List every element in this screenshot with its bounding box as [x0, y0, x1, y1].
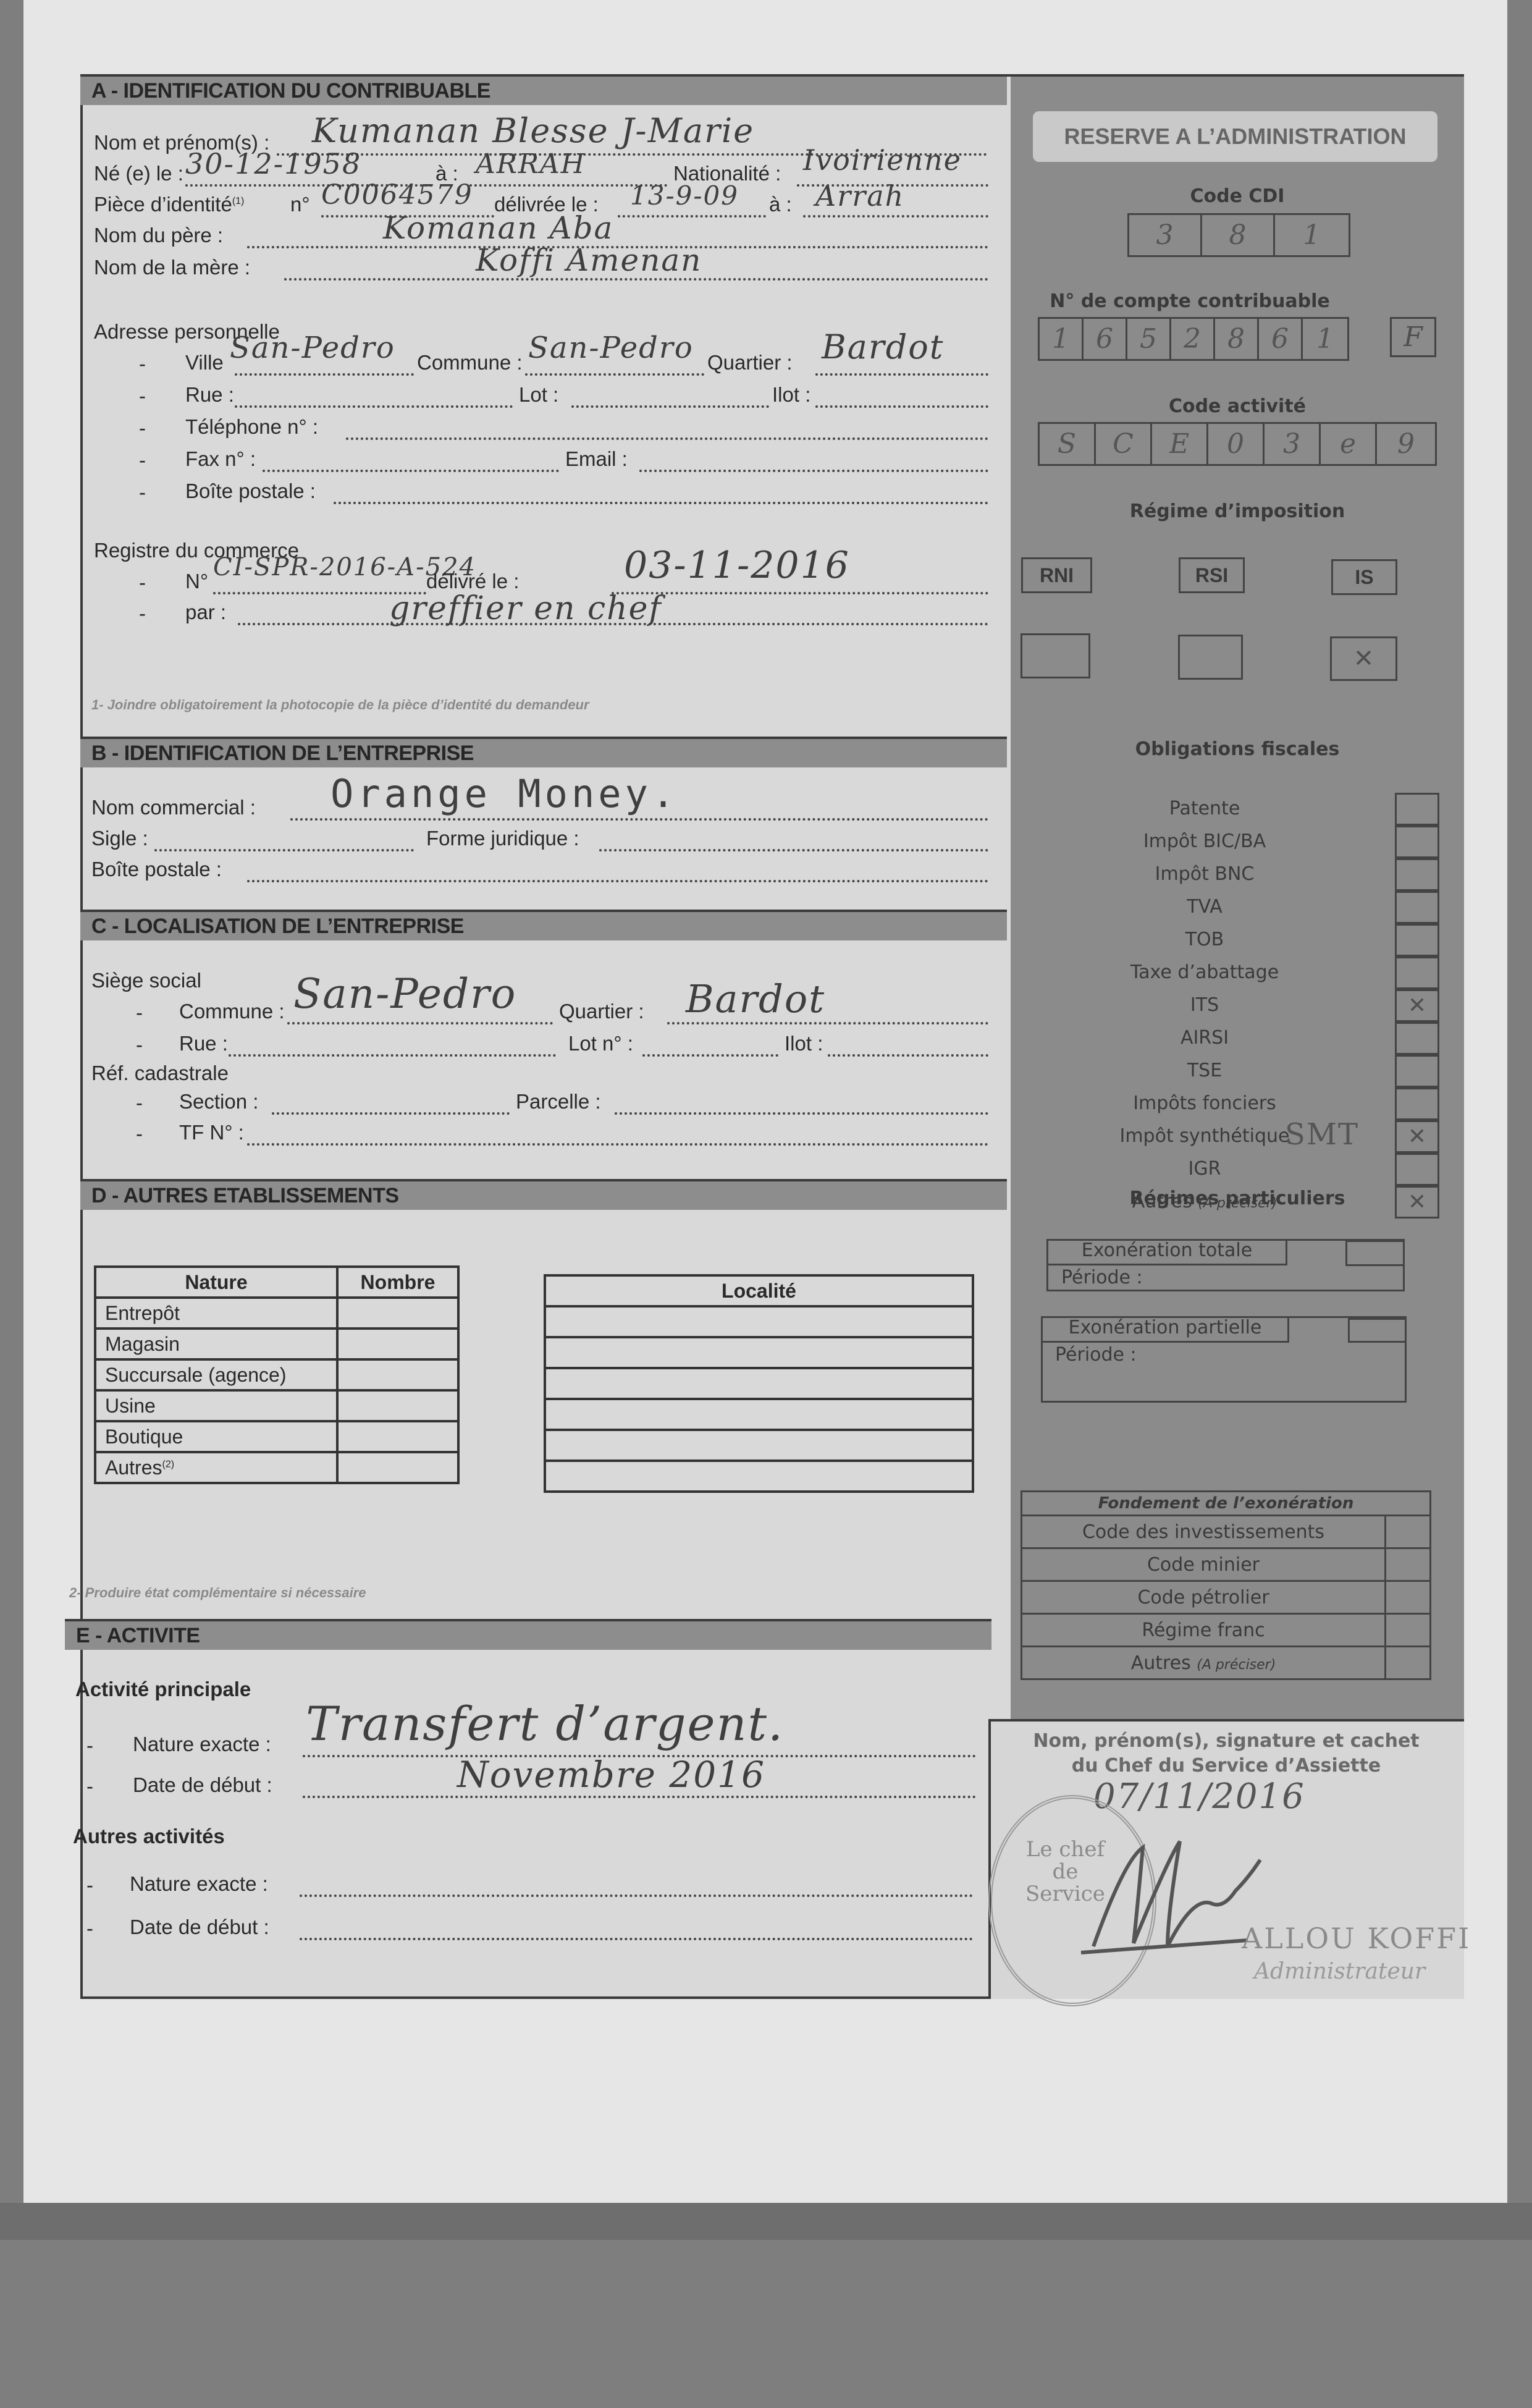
- char-box: 0: [1208, 424, 1265, 464]
- autres-footnote-ref: (2): [162, 1459, 174, 1469]
- fax-field[interactable]: [263, 470, 559, 472]
- entreprise-bp-label: Boîte postale :: [91, 858, 222, 881]
- date-debut-label: Date de début :: [133, 1773, 272, 1797]
- rc-no-label: N°: [185, 570, 208, 593]
- obligation-checkbox[interactable]: [1395, 957, 1439, 989]
- obligations-label: Obligations fiscales: [1011, 738, 1464, 760]
- nature-text: Autres: [105, 1456, 162, 1479]
- fondement-checkbox[interactable]: [1386, 1647, 1431, 1679]
- sigle-label: Sigle :: [91, 827, 148, 850]
- exo-totale-periode-label: Période :: [1061, 1267, 1143, 1288]
- autres-nature-label: Nature exacte :: [130, 1872, 268, 1896]
- nombre-cell[interactable]: [337, 1359, 458, 1390]
- section-e-header: E - ACTIVITE: [65, 1619, 991, 1650]
- obligation-label: Impôt BNC: [1013, 863, 1396, 885]
- delivree-a-field[interactable]: Arrah: [815, 179, 904, 213]
- code-cdi-field[interactable]: 3 8 1: [1127, 213, 1350, 257]
- nombre-cell[interactable]: [337, 1298, 458, 1329]
- table-row: Autres(2): [95, 1452, 458, 1483]
- signature-label-2: du Chef du Service d’Assiette: [988, 1755, 1464, 1776]
- commune-label: Commune :: [417, 351, 523, 374]
- fondement-item: Code des investissements: [1022, 1516, 1386, 1548]
- obligation-label: TOB: [1013, 929, 1396, 950]
- section-a-header: A - IDENTIFICATION DU CONTRIBUABLE: [80, 74, 1007, 105]
- obligation-checkbox[interactable]: [1395, 858, 1439, 891]
- signature-date: 07/11/2016: [1093, 1776, 1305, 1817]
- lot-field[interactable]: [571, 405, 769, 408]
- mere-field[interactable]: Koffi Amenan: [476, 242, 702, 278]
- obligation-label: IGR: [1013, 1158, 1396, 1180]
- table-row: Code des investissements: [1022, 1516, 1431, 1548]
- mere-label: Nom de la mère :: [94, 256, 250, 279]
- delivree-a-line: [803, 215, 988, 218]
- email-field[interactable]: [639, 470, 988, 472]
- rc-delivre-line: [612, 592, 988, 594]
- regime-rsi-checkbox[interactable]: [1178, 635, 1243, 680]
- signer-title: Administrateur: [1254, 1959, 1425, 1984]
- bullet: -: [136, 1091, 143, 1115]
- bullet: -: [139, 481, 146, 504]
- table-row: [545, 1461, 973, 1492]
- obligation-label: Impôts fonciers: [1013, 1092, 1396, 1114]
- delivree-line: [618, 215, 766, 218]
- char-box: C: [1096, 424, 1152, 464]
- localite-cell[interactable]: [545, 1306, 973, 1337]
- obligation-label: AIRSI: [1013, 1027, 1396, 1049]
- obligation-label: ITS: [1013, 994, 1396, 1016]
- nature-cell: Autres(2): [95, 1452, 337, 1483]
- fondement-header-row: Fondement de l’exonération: [1022, 1492, 1431, 1516]
- obligation-checkbox[interactable]: [1395, 1055, 1439, 1088]
- nature-cell: Boutique: [95, 1421, 337, 1452]
- nombre-header: Nombre: [337, 1267, 458, 1298]
- siege-ilot-label: Ilot :: [785, 1032, 823, 1055]
- table-row: [545, 1368, 973, 1399]
- regime-label: Régime d’imposition: [1011, 501, 1464, 522]
- exo-totale-checkbox[interactable]: [1345, 1240, 1405, 1266]
- obligation-label: TSE: [1013, 1060, 1396, 1081]
- lot-label: Lot :: [519, 383, 558, 407]
- section-field[interactable]: [272, 1112, 510, 1115]
- fondement-item: Code pétrolier: [1022, 1581, 1386, 1614]
- section-b-header: B - IDENTIFICATION DE L’ENTREPRISE: [80, 737, 1007, 767]
- fondement-checkbox[interactable]: [1386, 1614, 1431, 1647]
- char-box: E: [1152, 424, 1208, 464]
- siege-quartier-line: [667, 1022, 988, 1024]
- obligation-checkbox[interactable]: [1395, 924, 1439, 957]
- code-activite-label: Code activité: [1011, 395, 1464, 417]
- nature-cell: Entrepôt: [95, 1298, 337, 1329]
- section-a-title: A - IDENTIFICATION DU CONTRIBUABLE: [91, 79, 490, 103]
- siege-ilot-field[interactable]: [828, 1054, 988, 1057]
- localite-table: Localité: [544, 1274, 974, 1493]
- fondement-checkbox[interactable]: [1386, 1516, 1431, 1548]
- table-row: Code pétrolier: [1022, 1581, 1431, 1614]
- email-label: Email :: [565, 447, 628, 471]
- nom-commercial-field[interactable]: Orange Money.: [330, 771, 678, 816]
- section-b-title: B - IDENTIFICATION DE L’ENTREPRISE: [91, 741, 474, 766]
- obligation-checkbox[interactable]: [1395, 1153, 1439, 1186]
- digit-box: 2: [1171, 319, 1215, 359]
- table-row: Régime franc: [1022, 1614, 1431, 1647]
- siege-lot-field[interactable]: [642, 1054, 778, 1057]
- fondement-checkbox[interactable]: [1386, 1548, 1431, 1581]
- siege-rue-field[interactable]: [229, 1054, 556, 1057]
- ref-cadastrale-label: Réf. cadastrale: [91, 1062, 229, 1085]
- exo-totale-label: Exonération totale: [1046, 1240, 1287, 1261]
- ilot-field[interactable]: [815, 405, 988, 408]
- siege-quartier-label: Quartier :: [559, 1000, 644, 1023]
- bp-field[interactable]: [334, 502, 988, 504]
- obligation-checkbox[interactable]: ✕: [1395, 989, 1439, 1022]
- exo-partielle-label: Exonération partielle: [1041, 1317, 1289, 1338]
- exo-partielle-periode-label[interactable]: Période :: [1055, 1344, 1137, 1366]
- date-debut-field[interactable]: Novembre 2016: [457, 1754, 765, 1796]
- autres-activites-label: Autres activités: [73, 1825, 225, 1848]
- table-row: Succursale (agence): [95, 1359, 458, 1390]
- digit-box: 1: [1040, 319, 1084, 359]
- quartier-field[interactable]: Bardot: [822, 327, 944, 366]
- obligation-label: Taxe d’abattage: [1013, 961, 1396, 983]
- digit-box: 6: [1084, 319, 1127, 359]
- nature-cell: Usine: [95, 1390, 337, 1421]
- nature-exacte-field[interactable]: Transfert d’argent.: [306, 1696, 784, 1751]
- fondement-checkbox[interactable]: [1386, 1581, 1431, 1614]
- obligation-checkbox[interactable]: [1395, 1022, 1439, 1055]
- rue-label: Rue :: [185, 383, 234, 407]
- regimes-particuliers-label: Régimes particuliers: [1011, 1188, 1464, 1209]
- siege-lot-label: Lot n° :: [568, 1032, 633, 1055]
- autres-debut-label: Date de début :: [130, 1916, 269, 1939]
- bullet: -: [139, 449, 146, 472]
- piece-label-text: Pièce d’identité: [94, 193, 232, 216]
- nombre-cell[interactable]: [337, 1421, 458, 1452]
- piece-footnote-ref: (1): [232, 196, 245, 206]
- ilot-label: Ilot :: [772, 383, 810, 407]
- section-label: Section :: [179, 1090, 258, 1113]
- table-row: [545, 1399, 973, 1430]
- bullet: -: [139, 416, 146, 440]
- bullet: -: [139, 571, 146, 594]
- nombre-cell[interactable]: [337, 1390, 458, 1421]
- tf-field[interactable]: [247, 1143, 988, 1146]
- siege-commune-line: [287, 1022, 553, 1024]
- obligation-label: Impôt BIC/BA: [1013, 830, 1396, 852]
- parcelle-field[interactable]: [615, 1112, 988, 1115]
- table-header-row: Localité: [545, 1275, 973, 1306]
- ne-field[interactable]: 30-12-1958: [185, 147, 361, 180]
- digit-box: 8: [1215, 319, 1259, 359]
- nature-cell: Magasin: [95, 1329, 337, 1359]
- fondement-item: Régime franc: [1022, 1614, 1386, 1647]
- entreprise-bp-field[interactable]: [247, 880, 988, 882]
- regime-rsi-label: RSI: [1179, 557, 1245, 593]
- table-row: [545, 1306, 973, 1337]
- obligation-label: Patente: [1013, 798, 1396, 819]
- mere-line: [284, 278, 988, 281]
- admin-title-box: RESERVE A L’ADMINISTRATION: [1033, 111, 1437, 162]
- nature-exacte-label: Nature exacte :: [133, 1733, 271, 1756]
- tf-label: TF N° :: [179, 1121, 244, 1144]
- scanner-background: [0, 2203, 1532, 2240]
- regime-is-checkbox[interactable]: ✕: [1330, 636, 1397, 681]
- compte-key-field[interactable]: F: [1390, 317, 1436, 357]
- table-row: Entrepôt: [95, 1298, 458, 1329]
- exo-partielle-checkbox[interactable]: [1348, 1318, 1407, 1343]
- obligation-checkbox[interactable]: [1395, 1088, 1439, 1120]
- rc-par-field[interactable]: greffier en chef: [389, 590, 662, 627]
- autres-debut-field[interactable]: [300, 1938, 973, 1940]
- bullet: -: [136, 1001, 143, 1024]
- bullet: -: [136, 1033, 143, 1057]
- fax-label: Fax n° :: [185, 447, 256, 471]
- a-field[interactable]: ARRAH: [476, 148, 586, 180]
- table-row: Usine: [95, 1390, 458, 1421]
- nationalite-field[interactable]: Ivoirienne: [803, 143, 962, 177]
- siege-rue-label: Rue :: [179, 1032, 228, 1055]
- quartier-label: Quartier :: [707, 351, 793, 374]
- obligations-autres-value[interactable]: SMT: [1285, 1117, 1359, 1152]
- localite-cell[interactable]: [545, 1399, 973, 1430]
- ne-label: Né (e) le :: [94, 162, 183, 185]
- char-box: e: [1321, 424, 1377, 464]
- admin-title: RESERVE A L’ADMINISTRATION: [1064, 124, 1406, 149]
- sigle-field[interactable]: [154, 849, 414, 851]
- obligation-checkbox[interactable]: [1395, 826, 1439, 858]
- section-c-header: C - LOCALISATION DE L’ENTREPRISE: [80, 910, 1007, 940]
- localite-cell[interactable]: [545, 1337, 973, 1368]
- table-row: Autres (A préciser): [1022, 1647, 1431, 1679]
- char-box: 3: [1265, 424, 1321, 464]
- nom-commercial-line: [290, 818, 988, 821]
- fondement-autres-text: Autres: [1131, 1652, 1191, 1674]
- nombre-cell[interactable]: [337, 1329, 458, 1359]
- forme-juridique-field[interactable]: [599, 849, 988, 851]
- table-row: [545, 1430, 973, 1461]
- regime-is-label: IS: [1331, 559, 1397, 595]
- footnote-1: 1- Joindre obligatoirement la photocopie…: [91, 697, 589, 713]
- digit-box: 1: [1303, 319, 1347, 359]
- etablissements-table: Nature Nombre Entrepôt Magasin Succursal…: [94, 1265, 460, 1484]
- nom-field[interactable]: Kumanan Blesse J-Marie: [312, 111, 754, 150]
- bullet: -: [139, 352, 146, 376]
- bullet: -: [86, 1775, 93, 1798]
- forme-juridique-label: Forme juridique :: [426, 827, 579, 850]
- localite-header: Localité: [545, 1275, 973, 1306]
- piece-label: Pièce d’identité(1): [94, 193, 244, 216]
- localite-cell[interactable]: [545, 1430, 973, 1461]
- bullet: -: [139, 602, 146, 625]
- nature-cell: Succursale (agence): [95, 1359, 337, 1390]
- piece-no-field[interactable]: C0064579: [321, 179, 473, 211]
- pere-label: Nom du père :: [94, 224, 223, 247]
- pere-field[interactable]: Komanan Aba: [383, 210, 613, 246]
- table-row: Boutique: [95, 1421, 458, 1452]
- parcelle-label: Parcelle :: [516, 1090, 601, 1113]
- bp-label: Boîte postale :: [185, 479, 316, 503]
- bullet: -: [86, 1734, 93, 1757]
- digit-box: 1: [1275, 215, 1349, 255]
- char-box: S: [1040, 424, 1096, 464]
- table-row: [545, 1337, 973, 1368]
- autres-nature-field[interactable]: [300, 1895, 973, 1897]
- footnote-2: 2- Produire état complémentaire si néces…: [69, 1585, 366, 1601]
- obligation-checkbox[interactable]: [1395, 891, 1439, 924]
- siege-commune-field[interactable]: San-Pedro: [293, 970, 516, 1018]
- fondement-autres-hint: (A préciser): [1197, 1657, 1276, 1673]
- rue-field[interactable]: [235, 405, 513, 408]
- section-d-header: D - AUTRES ETABLISSEMENTS: [80, 1179, 1007, 1210]
- signature-label-1: Nom, prénom(s), signature et cachet: [988, 1730, 1464, 1752]
- code-activite-field[interactable]: S C E 0 3 e 9: [1038, 422, 1437, 466]
- digit-box: 8: [1202, 215, 1275, 255]
- compte-field[interactable]: 1 6 5 2 8 6 1: [1038, 317, 1349, 361]
- compte-label: N° de compte contribuable: [1011, 290, 1369, 312]
- code-cdi-label: Code CDI: [1011, 185, 1464, 207]
- telephone-label: Téléphone n° :: [185, 415, 318, 439]
- nombre-cell[interactable]: [337, 1452, 458, 1483]
- section-c-title: C - LOCALISATION DE L’ENTREPRISE: [91, 915, 464, 939]
- activite-principale-label: Activité principale: [75, 1678, 251, 1701]
- digit-box: 3: [1129, 215, 1202, 255]
- bullet: -: [136, 1122, 143, 1146]
- regime-rni-label: RNI: [1021, 557, 1092, 593]
- digit-box: 6: [1259, 319, 1303, 359]
- telephone-field[interactable]: [346, 437, 988, 440]
- obligation-checkbox[interactable]: [1395, 793, 1439, 826]
- section-e-title: E - ACTIVITE: [76, 1624, 200, 1648]
- table-header-row: Nature Nombre: [95, 1267, 458, 1298]
- localite-cell[interactable]: [545, 1368, 973, 1399]
- nature-header: Nature: [95, 1267, 337, 1298]
- fondement-header: Fondement de l’exonération: [1022, 1492, 1431, 1516]
- commune-line: [525, 373, 704, 376]
- bullet: -: [86, 1917, 93, 1940]
- table-row: Magasin: [95, 1329, 458, 1359]
- bullet: -: [139, 384, 146, 408]
- table-row: Code minier: [1022, 1548, 1431, 1581]
- ville-line: [235, 373, 414, 376]
- bullet: -: [86, 1874, 93, 1897]
- siege-quartier-field[interactable]: Bardot: [686, 976, 825, 1021]
- quartier-line: [815, 373, 988, 376]
- digit-box: 5: [1127, 319, 1171, 359]
- obligation-label: TVA: [1013, 896, 1396, 918]
- date-debut-line: [303, 1796, 976, 1798]
- ville-label: Ville: [185, 351, 224, 374]
- commune-field[interactable]: San-Pedro: [528, 331, 694, 365]
- siege-commune-label: Commune :: [179, 1000, 285, 1023]
- fondement-item: Autres (A préciser): [1022, 1647, 1386, 1679]
- char-box: 9: [1377, 424, 1435, 464]
- rc-par-label: par :: [185, 601, 226, 624]
- nom-commercial-label: Nom commercial :: [91, 796, 256, 819]
- delivree-a-label: à :: [769, 193, 792, 216]
- localite-cell[interactable]: [545, 1461, 973, 1492]
- piece-no-label: n°: [290, 193, 310, 216]
- signer-name: ALLOU KOFFI: [1242, 1922, 1471, 1955]
- siege-label: Siège social: [91, 969, 201, 992]
- ville-field[interactable]: San-Pedro: [230, 331, 395, 365]
- section-d-title: D - AUTRES ETABLISSEMENTS: [91, 1184, 399, 1208]
- obligation-checkbox[interactable]: ✕: [1395, 1120, 1439, 1153]
- rc-delivre-field[interactable]: 03-11-2016: [624, 544, 850, 587]
- fondement-item: Code minier: [1022, 1548, 1386, 1581]
- regime-rni-checkbox[interactable]: [1021, 633, 1090, 678]
- fondement-table: Fondement de l’exonération Code des inve…: [1021, 1490, 1431, 1680]
- delivree-field[interactable]: 13-9-09: [630, 180, 739, 211]
